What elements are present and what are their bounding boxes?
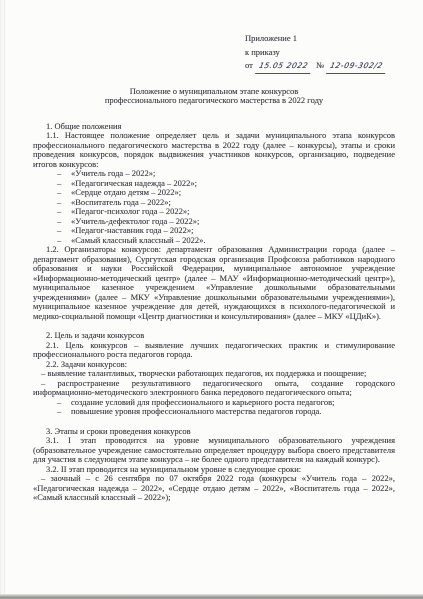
number-sign: № — [316, 60, 324, 70]
title-line-2: профессионального педагогического мастер… — [33, 96, 395, 106]
handwritten-date: 15.05 2022 — [255, 59, 314, 74]
paragraph-1-2: 1.2. Организаторы конкурсов: департамент… — [33, 245, 395, 321]
document-page: Приложение 1 к приказу от 15.05 2022 № 1… — [0, 0, 423, 599]
paragraph-3-1: 3.1. I этап проводится на уровне муницип… — [33, 436, 395, 465]
task-item: – распространение результативного педаго… — [33, 379, 395, 398]
appendix-label: Приложение 1 — [245, 32, 395, 46]
contest-list: –«Учитель года – 2022»; –«Педагогическая… — [33, 169, 395, 245]
paragraph-1-1: 1.1. Настоящее положение определяет цель… — [33, 131, 395, 169]
handwritten-order-number: 12-09-302/2 — [327, 59, 389, 74]
paragraph-2-1: 2.1. Цель конкурсов – выявление лучших п… — [33, 341, 395, 360]
from-label: от — [245, 60, 253, 70]
task-item: –повышение уровня профессионального маст… — [33, 407, 395, 417]
document-title: Положение о муниципальном этапе конкурсо… — [33, 87, 395, 106]
schedule-item: – заочный – с 26 сентября по 07 октября … — [33, 474, 395, 503]
to-order-label: к приказу — [245, 46, 395, 60]
document-content: Приложение 1 к приказу от 15.05 2022 № 1… — [0, 0, 423, 503]
scan-left-edge — [4, 0, 5, 599]
order-date-line: от 15.05 2022 № 12-09-302/2 — [245, 59, 395, 74]
order-reference-block: Приложение 1 к приказу от 15.05 2022 № 1… — [245, 32, 395, 74]
task-text: повышение уровня профессионального масте… — [71, 407, 321, 417]
scan-bottom-edge — [0, 594, 423, 599]
dash-bullet: – — [57, 407, 71, 417]
